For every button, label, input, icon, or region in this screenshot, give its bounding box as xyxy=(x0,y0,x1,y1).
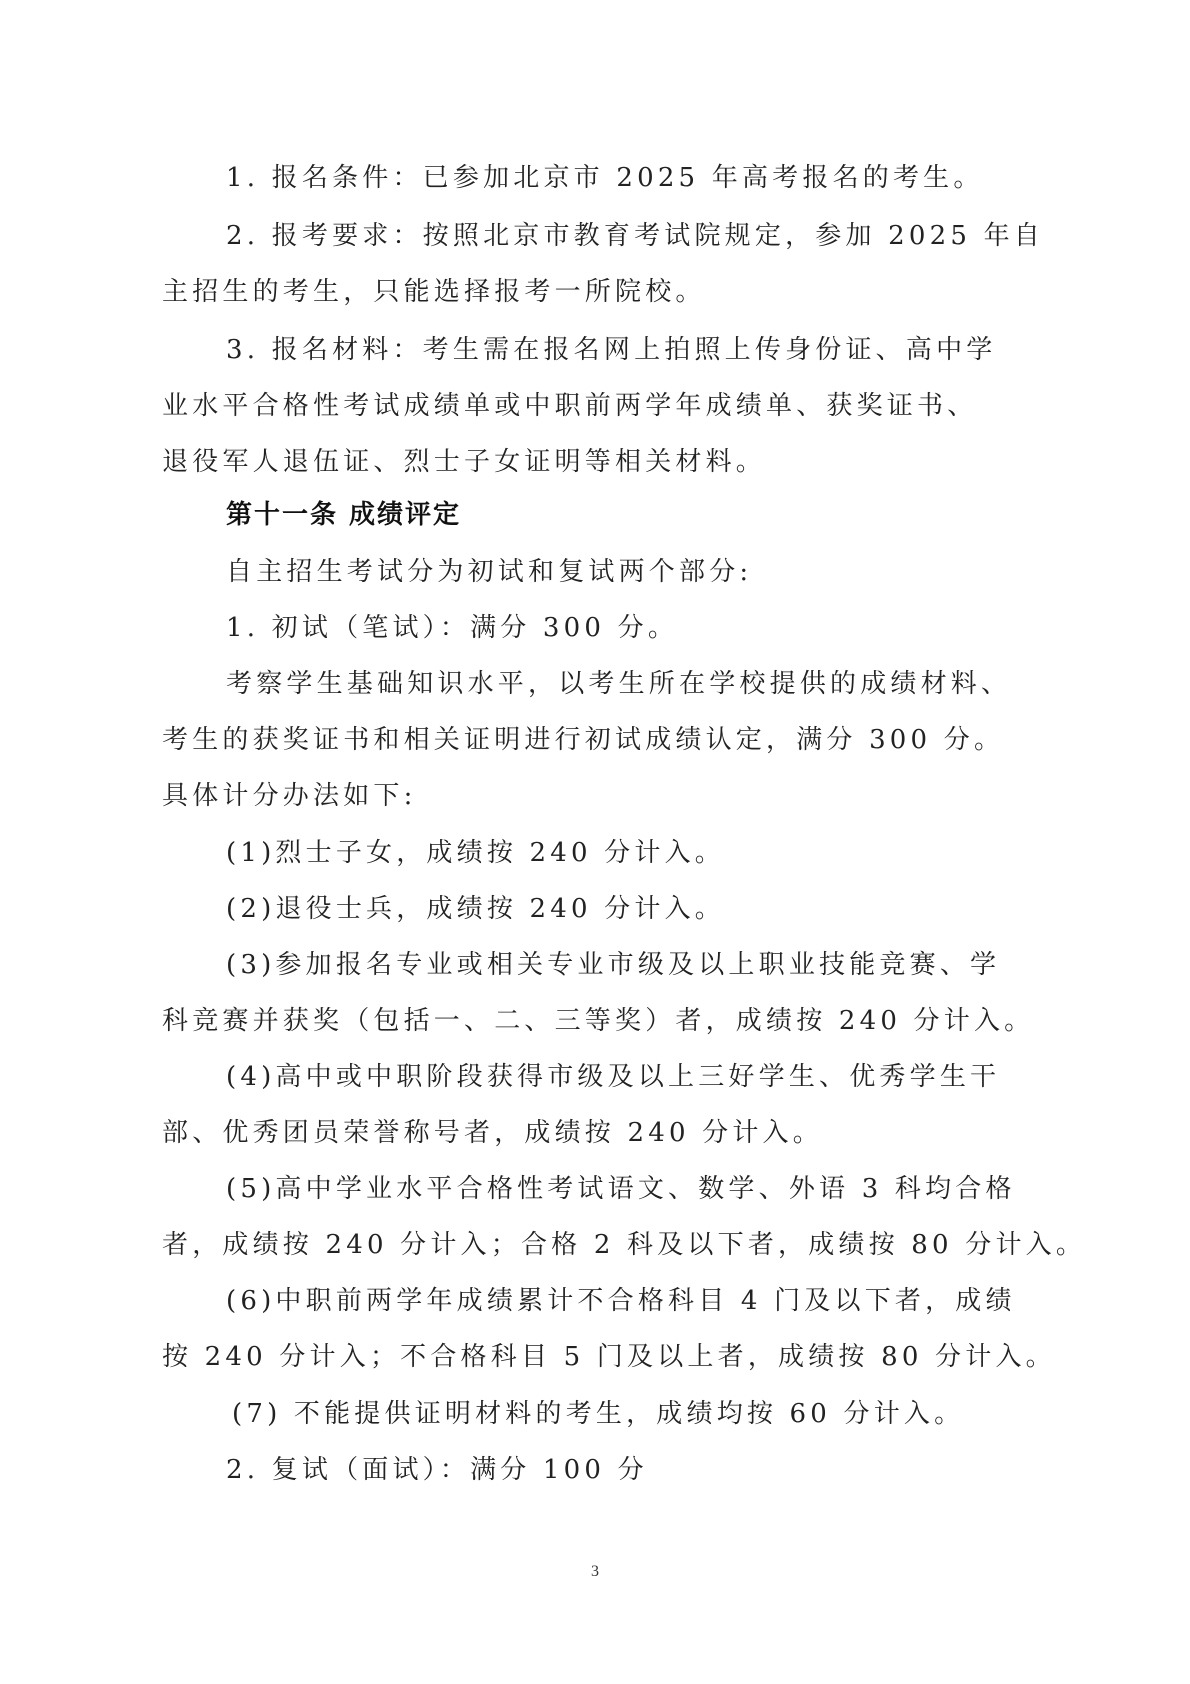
paragraph-registration-materials: 3. 报名材料：考生需在报名网上拍照上传身份证、高中学 xyxy=(226,322,1042,378)
paragraph-exam-structure: 自主招生考试分为初试和复试两个部分: xyxy=(226,544,1042,600)
scoring-rule-4-continued: 部、优秀团员荣誉称号者，成绩按 240 分计入。 xyxy=(162,1105,1042,1161)
scoring-rule-4: (4)高中或中职阶段获得市级及以上三好学生、优秀学生干 xyxy=(226,1049,1042,1105)
paragraph-line: 业水平合格性考试成绩单或中职前两学年成绩单、获奖证书、 xyxy=(162,378,1042,434)
paragraph-registration-conditions: 1. 报名条件：已参加北京市 2025 年高考报名的考生。 xyxy=(226,150,1042,206)
page-number: 3 xyxy=(0,1563,1190,1581)
scoring-rule-5-continued: 者，成绩按 240 分计入；合格 2 科及以下者，成绩按 80 分计入。 xyxy=(162,1217,1042,1273)
document-page: 1. 报名条件：已参加北京市 2025 年高考报名的考生。 2. 报考要求：按照… xyxy=(0,0,1190,1684)
scoring-rule-3-continued: 科竞赛并获奖（包括一、二、三等奖）者，成绩按 240 分计入。 xyxy=(162,993,1042,1049)
paragraph-line: 主招生的考生，只能选择报考一所院校。 xyxy=(162,264,1042,320)
paragraph-application-requirements: 2. 报考要求：按照北京市教育考试院规定，参加 2025 年自 xyxy=(226,208,1042,264)
paragraph-initial-test-description: 考察学生基础知识水平，以考生所在学校提供的成绩材料、 xyxy=(226,656,1042,712)
scoring-rule-6: (6)中职前两学年成绩累计不合格科目 4 门及以下者，成绩 xyxy=(226,1273,1042,1329)
paragraph-interview: 2. 复试（面试）：满分 100 分 xyxy=(226,1442,1042,1498)
scoring-rule-7: (7) 不能提供证明材料的考生，成绩均按 60 分计入。 xyxy=(232,1386,1042,1442)
scoring-rule-6-continued: 按 240 分计入；不合格科目 5 门及以上者，成绩按 80 分计入。 xyxy=(162,1329,1042,1385)
paragraph-line: 具体计分办法如下: xyxy=(162,768,1042,824)
scoring-rule-3: (3)参加报名专业或相关专业市级及以上职业技能竞赛、学 xyxy=(226,937,1042,993)
paragraph-line: 退役军人退伍证、烈士子女证明等相关材料。 xyxy=(162,434,1042,490)
scoring-rule-1: (1)烈士子女，成绩按 240 分计入。 xyxy=(226,825,1042,881)
scoring-rule-5: (5)高中学业水平合格性考试语文、数学、外语 3 科均合格 xyxy=(226,1161,1042,1217)
paragraph-line: 考生的获奖证书和相关证明进行初试成绩认定，满分 300 分。 xyxy=(162,712,1042,768)
paragraph-initial-test: 1. 初试（笔试）：满分 300 分。 xyxy=(226,600,1042,656)
section-heading-score-evaluation: 第十一条 成绩评定 xyxy=(226,487,1042,543)
scoring-rule-2: (2)退役士兵，成绩按 240 分计入。 xyxy=(226,881,1042,937)
